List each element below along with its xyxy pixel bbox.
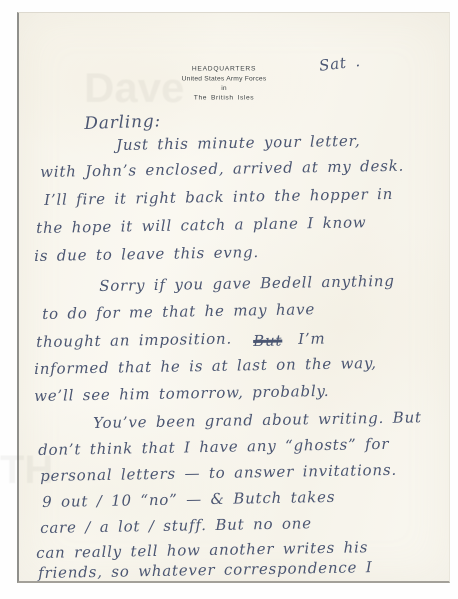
handwritten-line: care / a lot / stuff. But no one xyxy=(40,514,312,537)
handwritten-line: don’t think that I have any “ghosts” for xyxy=(38,435,389,459)
handwritten-line: Sorry if you gave Bedell anything xyxy=(99,272,395,295)
letter-photo: HEADQUARTERS United States Army Forces i… xyxy=(0,0,458,599)
handwritten-line: the hope it will catch a plane I know xyxy=(36,213,367,237)
handwritten-line: You’ve been grand about writing. But xyxy=(93,408,422,432)
handwritten-line: I’ll fire it right back into the hopper … xyxy=(44,185,393,209)
handwritten-line: 9 out / 10 “no” — & Butch takes xyxy=(42,488,335,511)
handwritten-line: I’m xyxy=(298,330,326,348)
handwriting-layer: Sat .Darling:Just this minute your lette… xyxy=(0,0,458,599)
handwritten-line: personal letters — to answer invitations… xyxy=(40,461,397,485)
handwritten-line: we’ll see him tomorrow, probably. xyxy=(34,382,329,405)
handwritten-line: friends, so whatever correspondence I xyxy=(38,558,373,582)
salutation: Darling: xyxy=(84,111,161,134)
handwritten-line: is due to leave this evng. xyxy=(34,243,259,265)
handwritten-line: to do for me that he may have xyxy=(42,300,315,323)
date-note: Sat . xyxy=(318,52,362,75)
struck-word: But xyxy=(253,331,282,350)
handwritten-line: Just this minute your letter, xyxy=(116,132,361,154)
handwritten-line: with John’s enclosed, arrived at my desk… xyxy=(40,157,404,181)
handwritten-line: thought an imposition. xyxy=(36,330,232,351)
handwritten-line: informed that he is at last on the way, xyxy=(34,354,377,378)
